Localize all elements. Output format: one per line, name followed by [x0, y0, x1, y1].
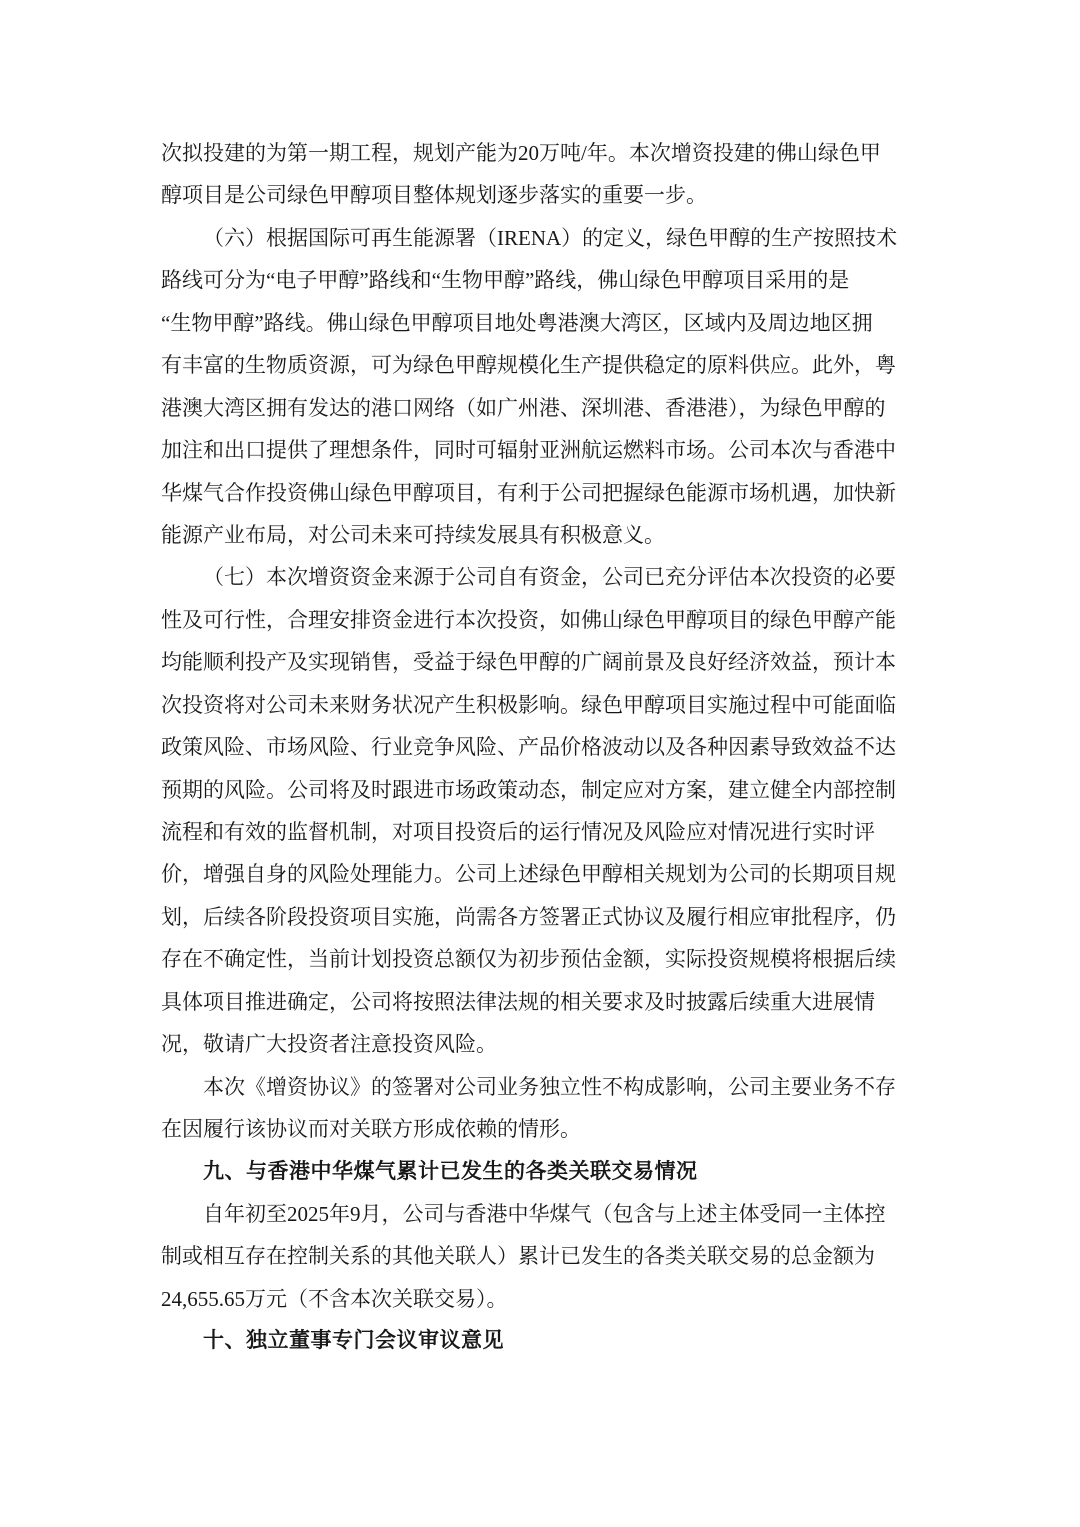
- text-line: 均能顺利投产及实现销售，受益于绿色甲醇的广阔前景及良好经济效益，预计本: [161, 641, 923, 683]
- heading-line: 九、与香港中华煤气累计已发生的各类关联交易情况: [161, 1151, 923, 1193]
- text-line: 政策风险、市场风险、行业竞争风险、产品价格波动以及各种因素导致效益不达: [161, 726, 923, 768]
- heading-line: 十、独立董事专门会议审议意见: [161, 1320, 923, 1362]
- text-line: 价，增强自身的风险处理能力。公司上述绿色甲醇相关规划为公司的长期项目规: [161, 853, 923, 895]
- text-line: （六）根据国际可再生能源署（IRENA）的定义，绿色甲醇的生产按照技术: [161, 217, 923, 259]
- paragraph-item-7: （七）本次增资资金来源于公司自有资金，公司已充分评估本次投资的必要 性及可行性，…: [161, 556, 923, 1065]
- document-content: 次拟投建的为第一期工程，规划产能为20万吨/年。本次增资投建的佛山绿色甲 醇项目…: [161, 132, 923, 1363]
- text-line: 在因履行该协议而对关联方形成依赖的情形。: [161, 1108, 923, 1150]
- paragraph-item-6: （六）根据国际可再生能源署（IRENA）的定义，绿色甲醇的生产按照技术 路线可分…: [161, 217, 923, 557]
- text-line: 能源产业布局，对公司未来可持续发展具有积极意义。: [161, 514, 923, 556]
- text-line: 次投资将对公司未来财务状况产生积极影响。绿色甲醇项目实施过程中可能面临: [161, 684, 923, 726]
- section-heading-10: 十、独立董事专门会议审议意见: [161, 1320, 923, 1362]
- text-line: 路线可分为“电子甲醇”路线和“生物甲醇”路线，佛山绿色甲醇项目采用的是: [161, 259, 923, 301]
- text-line: 次拟投建的为第一期工程，规划产能为20万吨/年。本次增资投建的佛山绿色甲: [161, 132, 923, 174]
- text-line: 流程和有效的监督机制，对项目投资后的运行情况及风险应对情况进行实时评: [161, 811, 923, 853]
- text-line: 港澳大湾区拥有发达的港口网络（如广州港、深圳港、香港港），为绿色甲醇的: [161, 387, 923, 429]
- text-line: 24,655.65万元（不含本次关联交易）。: [161, 1278, 923, 1320]
- text-line: “生物甲醇”路线。佛山绿色甲醇项目地处粤港澳大湾区，区域内及周边地区拥: [161, 302, 923, 344]
- section-heading-9: 九、与香港中华煤气累计已发生的各类关联交易情况: [161, 1151, 923, 1193]
- text-line: 本次《增资协议》的签署对公司业务独立性不构成影响，公司主要业务不存: [161, 1066, 923, 1108]
- text-line: 况，敬请广大投资者注意投资风险。: [161, 1023, 923, 1065]
- text-line: 加注和出口提供了理想条件，同时可辐射亚洲航运燃料市场。公司本次与香港中: [161, 429, 923, 471]
- paragraph-continuation: 次拟投建的为第一期工程，规划产能为20万吨/年。本次增资投建的佛山绿色甲 醇项目…: [161, 132, 923, 217]
- text-line: 性及可行性，合理安排资金进行本次投资，如佛山绿色甲醇项目的绿色甲醇产能: [161, 599, 923, 641]
- text-line: （七）本次增资资金来源于公司自有资金，公司已充分评估本次投资的必要: [161, 556, 923, 598]
- paragraph-cumulative-transactions: 自年初至2025年9月，公司与香港中华煤气（包含与上述主体受同一主体控 制或相互…: [161, 1193, 923, 1320]
- text-line: 醇项目是公司绿色甲醇项目整体规划逐步落实的重要一步。: [161, 174, 923, 216]
- document-page: 次拟投建的为第一期工程，规划产能为20万吨/年。本次增资投建的佛山绿色甲 醇项目…: [0, 0, 1080, 1527]
- text-line: 有丰富的生物质资源，可为绿色甲醇规模化生产提供稳定的原料供应。此外，粤: [161, 344, 923, 386]
- text-line: 华煤气合作投资佛山绿色甲醇项目，有利于公司把握绿色能源市场机遇，加快新: [161, 472, 923, 514]
- text-line: 制或相互存在控制关系的其他关联人）累计已发生的各类关联交易的总金额为: [161, 1235, 923, 1277]
- text-line: 预期的风险。公司将及时跟进市场政策动态，制定应对方案，建立健全内部控制: [161, 769, 923, 811]
- text-line: 自年初至2025年9月，公司与香港中华煤气（包含与上述主体受同一主体控: [161, 1193, 923, 1235]
- text-line: 划，后续各阶段投资项目实施，尚需各方签署正式协议及履行相应审批程序，仍: [161, 896, 923, 938]
- paragraph-independence: 本次《增资协议》的签署对公司业务独立性不构成影响，公司主要业务不存 在因履行该协…: [161, 1066, 923, 1151]
- text-line: 存在不确定性，当前计划投资总额仅为初步预估金额，实际投资规模将根据后续: [161, 938, 923, 980]
- text-line: 具体项目推进确定，公司将按照法律法规的相关要求及时披露后续重大进展情: [161, 981, 923, 1023]
